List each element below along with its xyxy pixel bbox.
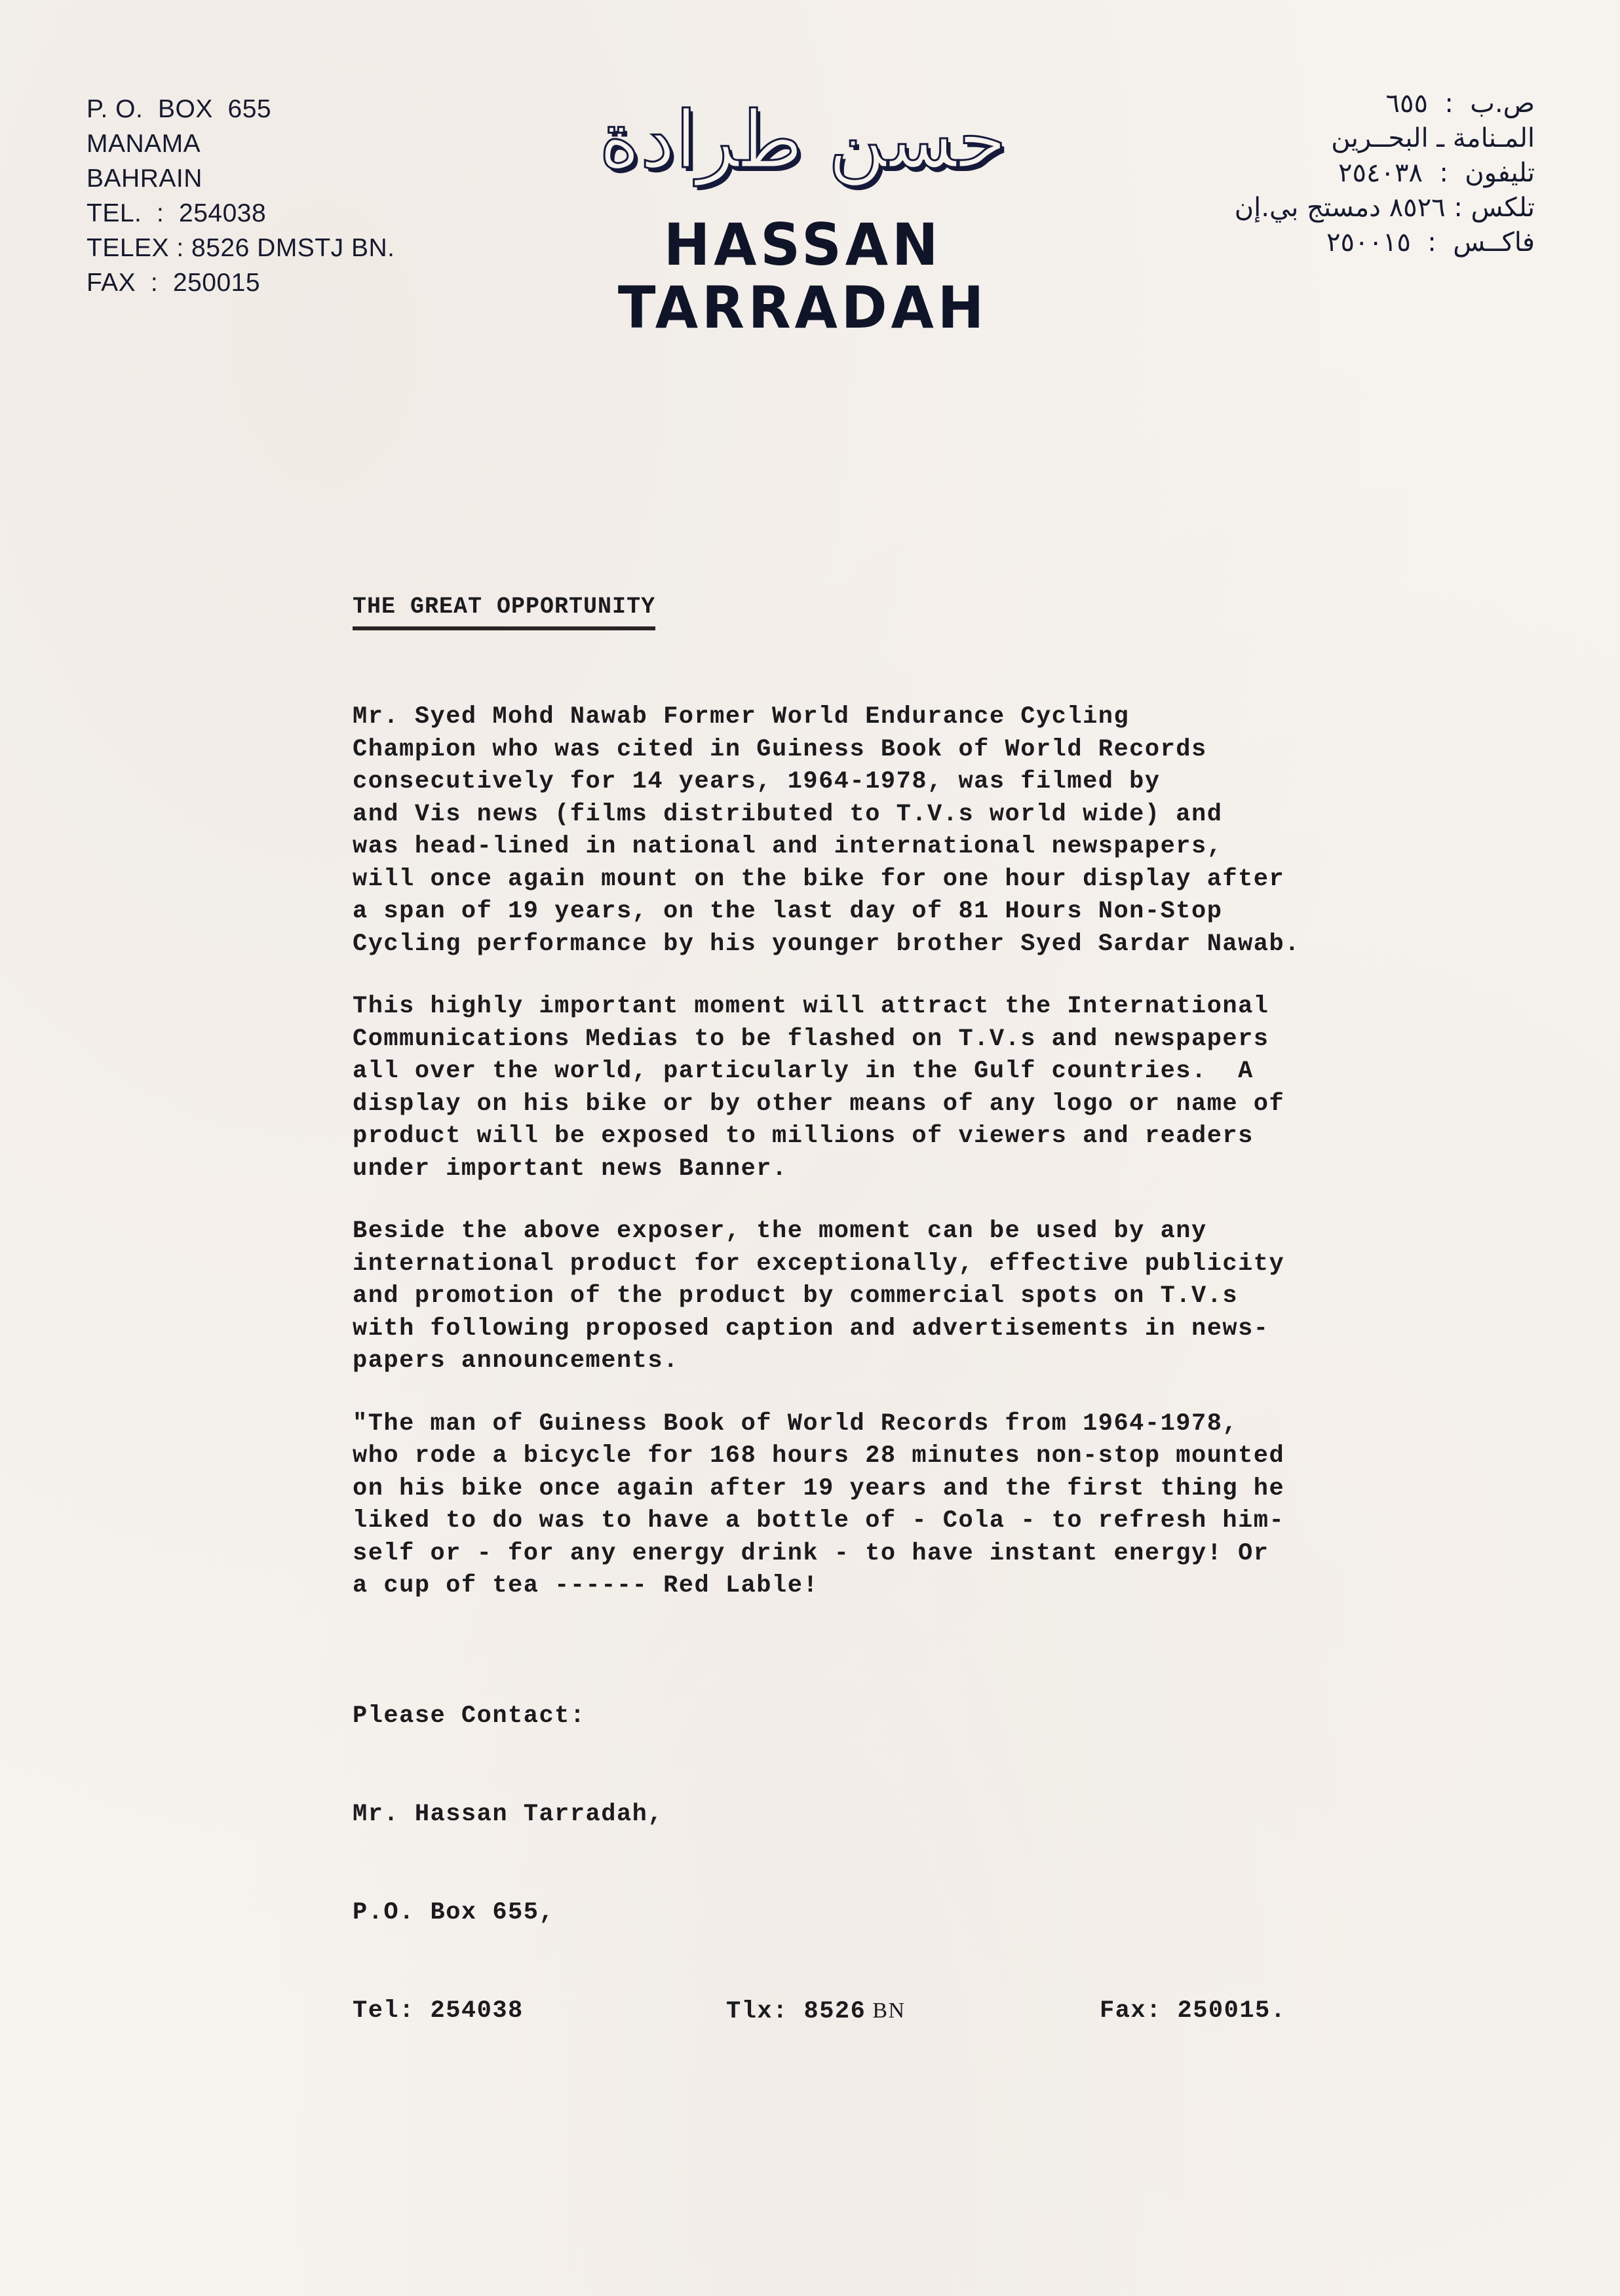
letter-subject: THE GREAT OPPORTUNITY xyxy=(353,594,655,630)
arabic-fax-line: فاكــس : ٢٥٠٠١٥ xyxy=(1076,225,1535,260)
letterhead-address-english: P. O. BOX 655 MANAMA BAHRAIN TEL. : 2540… xyxy=(87,92,395,300)
arabic-tel-line: تليفون : ٢٥٤٠٣٨ xyxy=(1076,156,1535,191)
contact-numbers-row: Tel: 254038 Tlx: 8526 BN Fax: 250015. xyxy=(353,1995,1532,2028)
letterhead-logo: حسن طرادة HASSAN TARRADAH xyxy=(472,98,1134,339)
tel-line: TEL. : 254038 xyxy=(87,196,395,231)
paragraph-media-exposure: This highly important moment will attrac… xyxy=(353,991,1532,1185)
contact-name: Mr. Hassan Tarradah, xyxy=(353,1798,1532,1831)
contact-block: Please Contact: Mr. Hassan Tarradah, P.O… xyxy=(353,1634,1532,2094)
contact-telex-suffix: BN xyxy=(866,1999,905,2023)
letter-body: THE GREAT OPPORTUNITY Mr. Syed Mohd Nawa… xyxy=(353,593,1532,2094)
fax-line: FAX : 250015 xyxy=(87,265,395,300)
paragraph-proposed-caption: "The man of Guiness Book of World Record… xyxy=(353,1408,1532,1603)
po-box-line: P. O. BOX 655 xyxy=(87,92,395,126)
contact-tel: Tel: 254038 xyxy=(353,1995,726,2028)
arabic-name: حسن طرادة xyxy=(472,98,1134,183)
arabic-telex-line: تلكس : ٨٥٢٦ دمستج بي.إن xyxy=(1076,191,1535,225)
latin-name: HASSAN TARRADAH xyxy=(485,214,1121,339)
arabic-city-line: المـنامة ـ البحــرين xyxy=(1076,121,1535,156)
contact-fax: Fax: 250015. xyxy=(1100,1995,1286,2028)
contact-telex: Tlx: 8526 BN xyxy=(726,1995,1100,2028)
contact-address: P.O. Box 655, xyxy=(353,1896,1532,1929)
arabic-po-box-line: ص.ب : ٦٥٥ xyxy=(1076,86,1535,121)
country-line: BAHRAIN xyxy=(87,161,395,196)
paragraph-publicity: Beside the above exposer, the moment can… xyxy=(353,1215,1532,1378)
telex-line: TELEX : 8526 DMSTJ BN. xyxy=(87,231,395,265)
contact-heading: Please Contact: xyxy=(353,1700,1532,1732)
paragraph-champion-intro: Mr. Syed Mohd Nawab Former World Enduran… xyxy=(353,701,1532,961)
contact-telex-number: Tlx: 8526 xyxy=(726,1998,866,2025)
city-line: MANAMA xyxy=(87,126,395,161)
letterhead-address-arabic: ص.ب : ٦٥٥ المـنامة ـ البحــرين تليفون : … xyxy=(1076,86,1535,260)
